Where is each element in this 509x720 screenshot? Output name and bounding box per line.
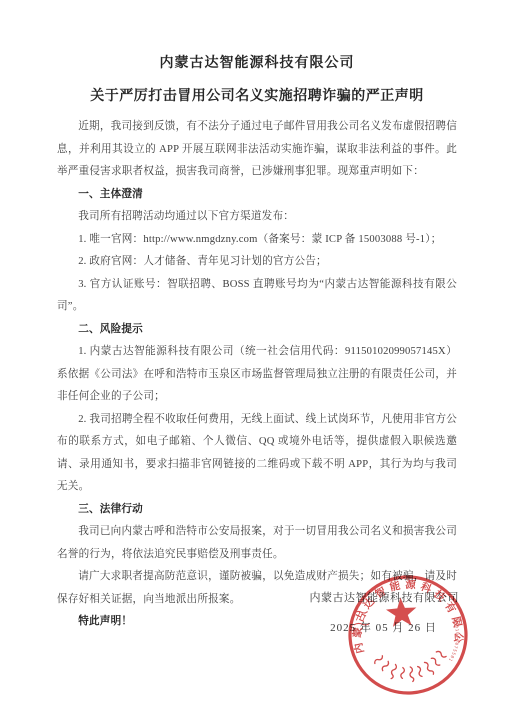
company-seal-stamp: 内蒙古达智能源科技有限公司 1501020075581 xyxy=(340,567,477,704)
document-title: 内蒙古达智能源科技有限公司 xyxy=(57,52,457,72)
section-2-heading: 二、风险提示 xyxy=(57,319,457,342)
risk-item-no-fees: 2. 我司招聘全程不收取任何费用，无线上面试、线上试岗环节，凡使用非官方公布的联… xyxy=(57,409,457,499)
seal-star-icon xyxy=(385,596,417,627)
seal-mongolian-script xyxy=(373,650,448,684)
section-1-lead: 我司所有招聘活动均通过以下官方渠道发布： xyxy=(57,206,457,229)
section-3-heading: 三、法律行动 xyxy=(57,499,457,522)
seal-border-circle xyxy=(346,573,470,697)
risk-item-registration: 1. 内蒙古达智能源科技有限公司（统一社会信用代码：91150102099057… xyxy=(57,341,457,409)
legal-action-paragraph: 我司已向内蒙古呼和浩特市公安局报案，对于一切冒用我公司名义和损害我公司名誉的行为… xyxy=(57,521,457,566)
government-website-item: 2. 政府官网：人才储备、青年见习计划的官方公告； xyxy=(57,251,457,274)
section-1-heading: 一、主体澄清 xyxy=(57,184,457,207)
document-subtitle: 关于严厉打击冒用公司名义实施招聘诈骗的严正声明 xyxy=(57,85,457,105)
certified-accounts-item: 3. 官方认证账号：智联招聘、BOSS 直聘账号均为“内蒙古达智能源科技有限公司… xyxy=(57,274,457,319)
official-website-item: 1. 唯一官网：http://www.nmgdzny.com（备案号：蒙 ICP… xyxy=(57,229,457,252)
intro-paragraph: 近期，我司接到反馈，有不法分子通过电子邮件冒用我公司名义发布虚假招聘信息，并利用… xyxy=(57,116,457,184)
document-page: 内蒙古达智能源科技有限公司 关于严厉打击冒用公司名义实施招聘诈骗的严正声明 近期… xyxy=(0,0,509,720)
